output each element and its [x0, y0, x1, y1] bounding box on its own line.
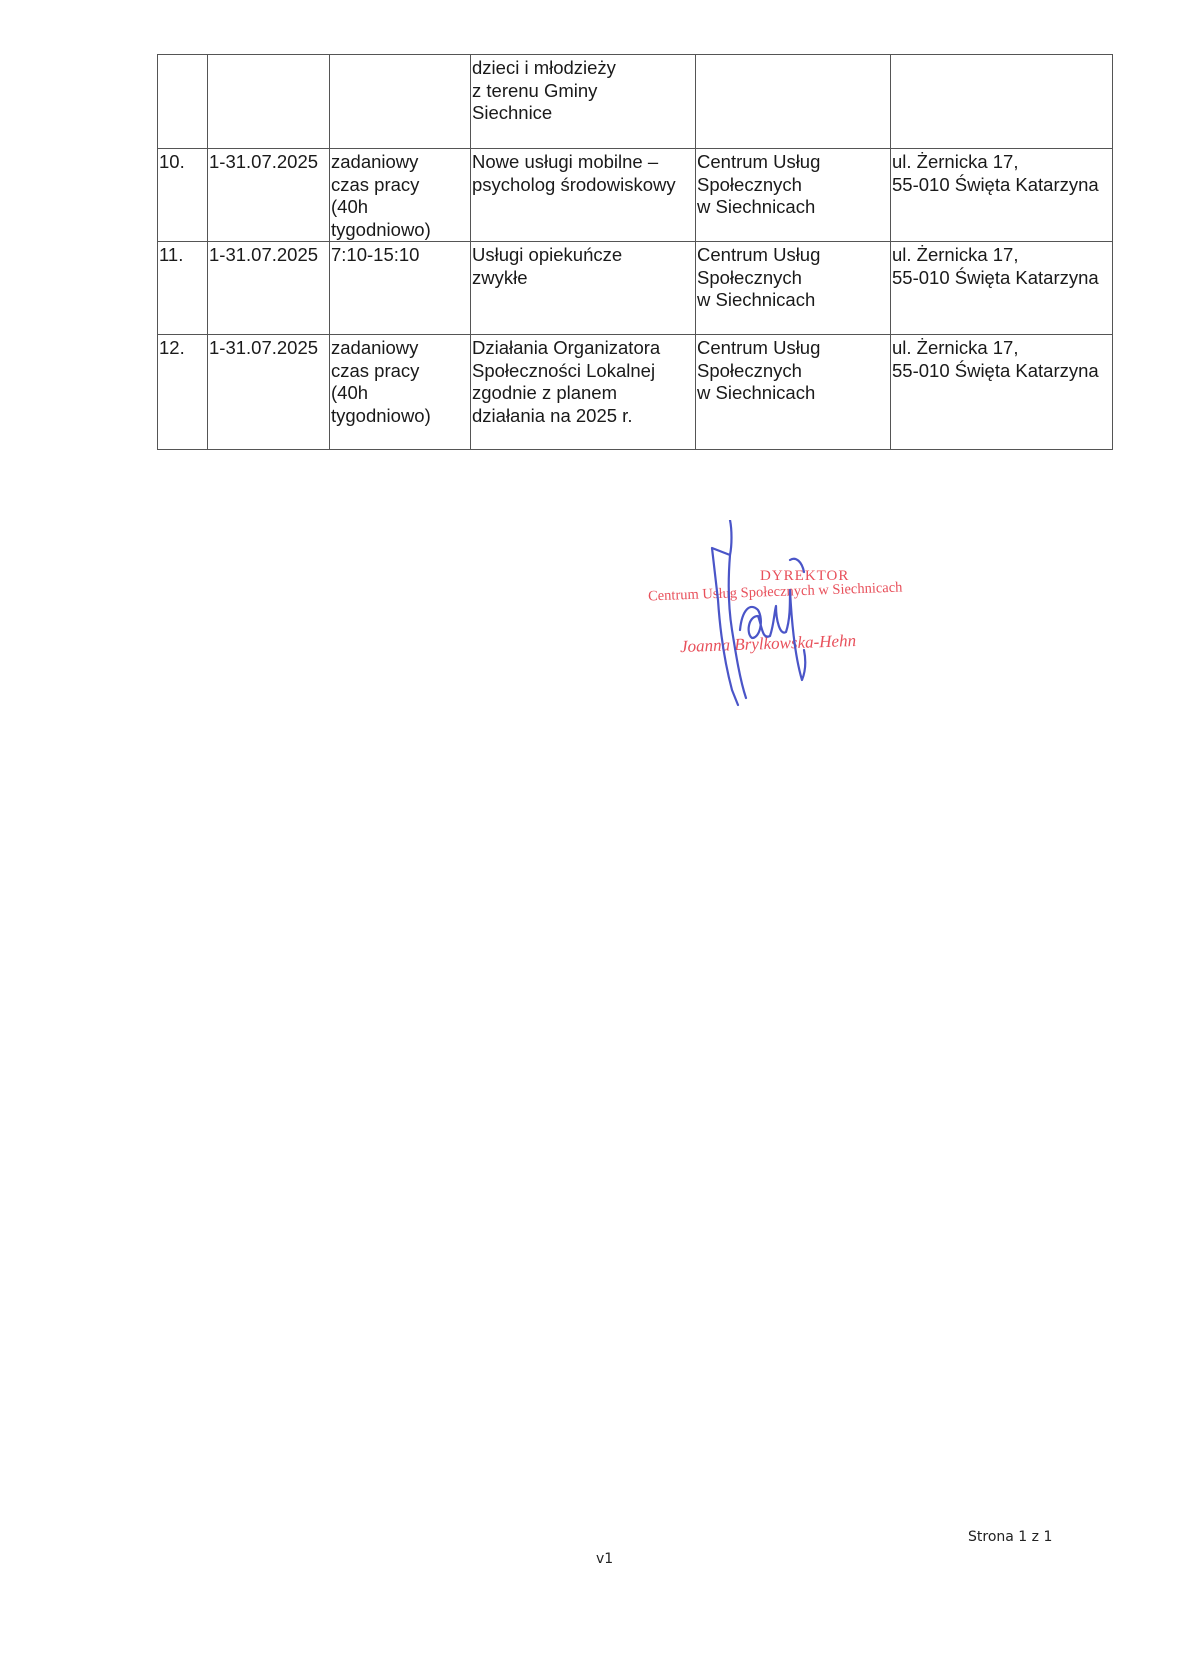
page-number: Strona 1 z 1 [968, 1529, 1052, 1545]
cell-address: ul. Żernicka 17, 55-010 Święta Katarzyna [891, 335, 1113, 450]
cell-period: 1-31.07.2025 [208, 242, 330, 335]
document-page: dzieci i młodzieży z terenu Gminy Siechn… [0, 0, 1188, 1680]
document-version: v1 [596, 1551, 613, 1567]
cell-address: ul. Żernicka 17, 55-010 Święta Katarzyna [891, 149, 1113, 242]
cell-service: Usługi opiekuńcze zwykłe [471, 242, 696, 335]
cell-no [158, 55, 208, 149]
cell-provider: Centrum Usług Społecznych w Siechnicach [696, 335, 891, 450]
schedule-table: dzieci i młodzieży z terenu Gminy Siechn… [157, 54, 1113, 450]
cell-no: 11. [158, 242, 208, 335]
cell-no: 12. [158, 335, 208, 450]
cell-service: Nowe usługi mobilne – psycholog środowis… [471, 149, 696, 242]
cell-provider: Centrum Usług Społecznych w Siechnicach [696, 242, 891, 335]
cell-provider: Centrum Usług Społecznych w Siechnicach [696, 149, 891, 242]
cell-no: 10. [158, 149, 208, 242]
cell-hours: 7:10-15:10 [330, 242, 471, 335]
director-stamp: DYREKTOR Centrum Usług Społecznych w Sie… [640, 520, 940, 720]
cell-provider [696, 55, 891, 149]
signature-icon [640, 520, 940, 720]
cell-period: 1-31.07.2025 [208, 149, 330, 242]
cell-address: ul. Żernicka 17, 55-010 Święta Katarzyna [891, 242, 1113, 335]
table-row: 10. 1-31.07.2025 zadaniowy czas pracy (4… [158, 149, 1113, 242]
cell-address [891, 55, 1113, 149]
cell-period: 1-31.07.2025 [208, 335, 330, 450]
cell-hours: zadaniowy czas pracy (40h tygodniowo) [330, 149, 471, 242]
cell-service: dzieci i młodzieży z terenu Gminy Siechn… [471, 55, 696, 149]
table-row: 12. 1-31.07.2025 zadaniowy czas pracy (4… [158, 335, 1113, 450]
cell-period [208, 55, 330, 149]
table-row: dzieci i młodzieży z terenu Gminy Siechn… [158, 55, 1113, 149]
cell-hours: zadaniowy czas pracy (40h tygodniowo) [330, 335, 471, 450]
table-row: 11. 1-31.07.2025 7:10-15:10 Usługi opiek… [158, 242, 1113, 335]
cell-service: Działania Organizatora Społeczności Loka… [471, 335, 696, 450]
cell-hours [330, 55, 471, 149]
